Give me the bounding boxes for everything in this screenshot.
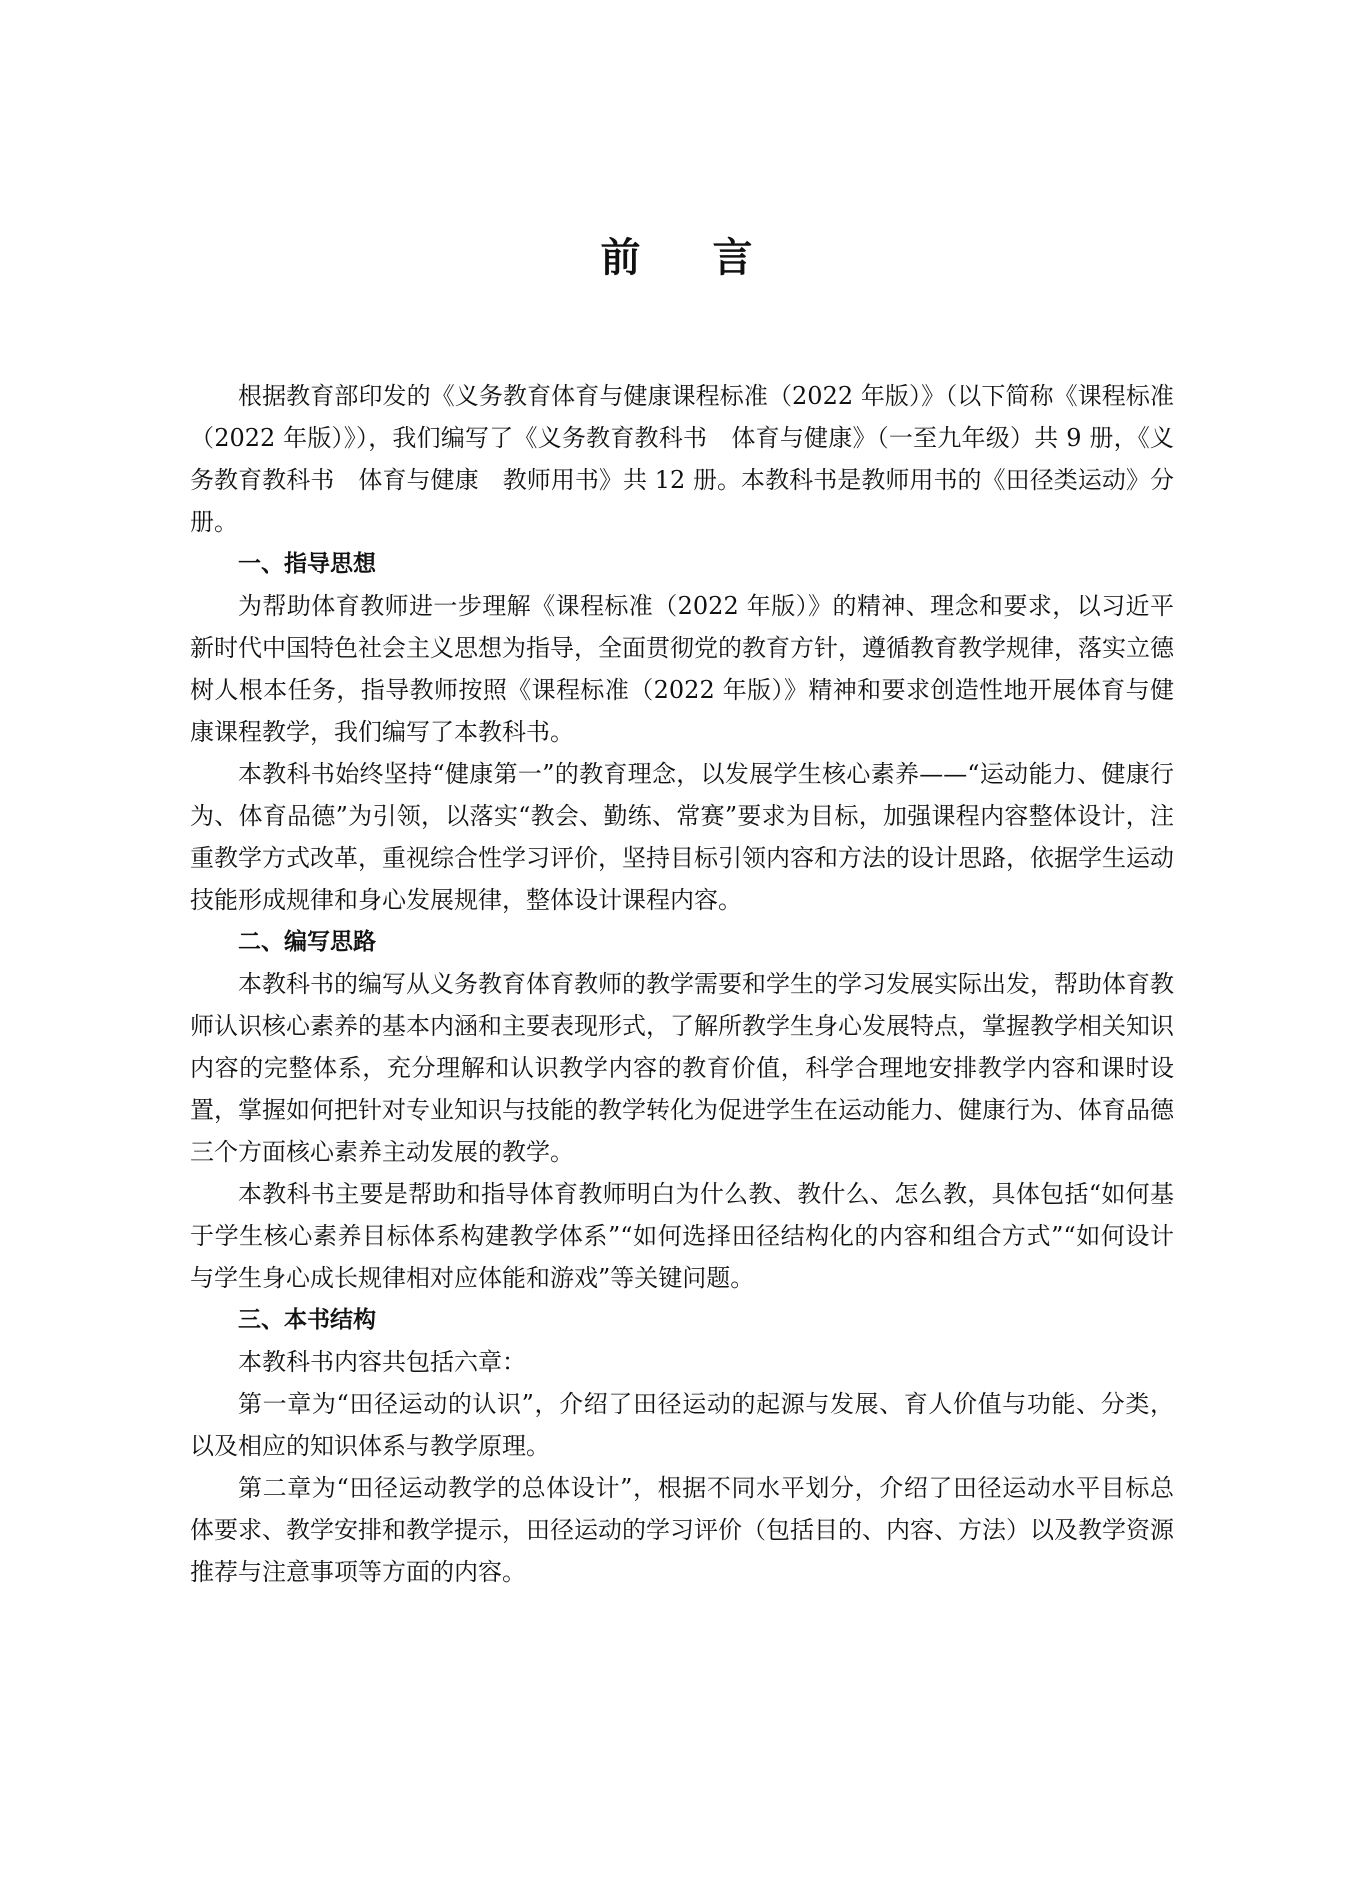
section-heading-writing-approach: 二、编写思路 [190,921,1174,963]
page-title: 前言 [0,228,1353,288]
body-text: 根据教育部印发的《义务教育体育与健康课程标准（2022 年版）》（以下简称《课程… [190,375,1174,1593]
paragraph: 第二章为“田径运动教学的总体设计”，根据不同水平划分，介绍了田径运动水平目标总体… [190,1467,1174,1593]
paragraph: 本教科书内容共包括六章： [190,1341,1174,1383]
paragraph: 本教科书的编写从义务教育体育教师的教学需要和学生的学习发展实际出发，帮助体育教师… [190,963,1174,1173]
section-heading-book-structure: 三、本书结构 [190,1299,1174,1341]
intro-paragraph: 根据教育部印发的《义务教育体育与健康课程标准（2022 年版）》（以下简称《课程… [190,375,1174,543]
paragraph: 为帮助体育教师进一步理解《课程标准（2022 年版）》的精神、理念和要求，以习近… [190,585,1174,753]
section-heading-guiding-ideology: 一、指导思想 [190,543,1174,585]
document-page: 前言 根据教育部印发的《义务教育体育与健康课程标准（2022 年版）》（以下简称… [0,0,1353,1884]
title-char-2: 言 [713,235,825,281]
paragraph: 第一章为“田径运动的认识”，介绍了田径运动的起源与发展、育人价值与功能、分类，以… [190,1383,1174,1467]
title-char-1: 前 [601,235,713,281]
paragraph: 本教科书始终坚持“健康第一”的教育理念，以发展学生核心素养——“运动能力、健康行… [190,753,1174,921]
paragraph: 本教科书主要是帮助和指导体育教师明白为什么教、教什么、怎么教，具体包括“如何基于… [190,1173,1174,1299]
